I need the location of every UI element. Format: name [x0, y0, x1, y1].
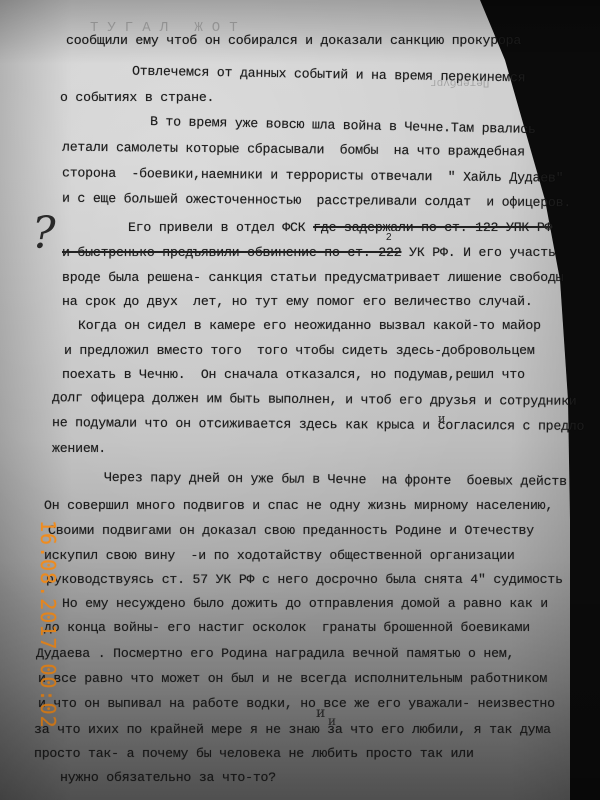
text-segment: Его привели в отдел ФСК: [128, 220, 313, 235]
camera-date-stamp: 16.08.2017 00:02: [38, 520, 60, 780]
handwritten-question-mark: ?: [32, 208, 56, 259]
text-line: долг офицера должен им быть выполнен, и …: [52, 390, 577, 409]
text-line: просто так- а почему бы человека не люби…: [34, 746, 474, 761]
text-line: Через пару дней он уже был в Чечне на фр…: [104, 470, 567, 489]
text-line: до конца войны- его настиг осколок грана…: [44, 620, 530, 635]
text-line: и предложил вместо того того чтобы сидет…: [64, 343, 535, 358]
text-line: сторона -боевики,наемники и террористы о…: [62, 165, 564, 185]
text-line: вроде была решена- санкция статьи предус…: [62, 270, 563, 285]
text-line: Своими подвигами он доказал свою преданн…: [48, 523, 534, 538]
text-line: не подумали что он отсиживается здесь ка…: [52, 415, 584, 434]
photo-scene: ТУГАЛ ЖОТ Петербург сообщили ему чтоб он…: [0, 0, 600, 800]
text-line: жением.: [52, 441, 106, 456]
text-line: искупил свою вину -и по ходотайству обще…: [44, 548, 515, 563]
text-line: и с еще большей ожесточенностью расстрел…: [62, 191, 571, 210]
handwritten-insert: и: [316, 705, 325, 721]
text-line: Отвлечемся от данных событий и на время …: [132, 64, 526, 86]
text-line: руководствуясь ст. 57 УК РФ с него досро…: [46, 572, 563, 587]
text-line: Он совершил много подвигов и спас не одн…: [44, 498, 553, 513]
text-line: и что он выпивал на работе водки, но все…: [38, 696, 555, 711]
text-line: Когда он сидел в камере его неожиданно в…: [78, 318, 541, 333]
text-line: за что ихих по крайней мере я не знаю за…: [34, 722, 551, 737]
handwritten-insert: и: [438, 412, 445, 425]
text-line: Дудаева . Посмертно его Родина наградила…: [36, 646, 514, 661]
struck-text: где задержали по ст. 122 УПК РФ: [313, 220, 552, 235]
superscript-correction: 2: [386, 232, 392, 243]
typewritten-text: сообщили ему чтоб он собирался и доказал…: [0, 0, 600, 800]
text-line: В то время уже вовсю шла война в Чечне.Т…: [150, 114, 536, 137]
struck-text: и быстренько предъявили обвинение по ст.…: [62, 245, 401, 260]
text-line: на срок до двух лет, но тут ему помог ег…: [62, 294, 533, 309]
text-segment: УК РФ. И его участь: [401, 245, 555, 260]
handwritten-insert: и: [328, 714, 336, 728]
text-line: и все равно что может он был и не всегда…: [38, 671, 547, 686]
text-line-with-strike: и быстренько предъявили обвинение по ст.…: [62, 245, 556, 260]
text-line: летали самолеты которые сбрасывали бомбы…: [62, 140, 525, 160]
text-line-with-strike: Его привели в отдел ФСК где задержали по…: [128, 220, 552, 235]
text-line: Но ему несуждено было дожить до отправле…: [62, 596, 548, 611]
text-line: о событиях в стране.: [60, 90, 214, 105]
text-line: поехать в Чечню. Он сначала отказался, н…: [62, 367, 525, 382]
text-line: нужно обязательно за что-то?: [60, 770, 276, 785]
text-line: сообщили ему чтоб он собирался и доказал…: [66, 33, 521, 48]
